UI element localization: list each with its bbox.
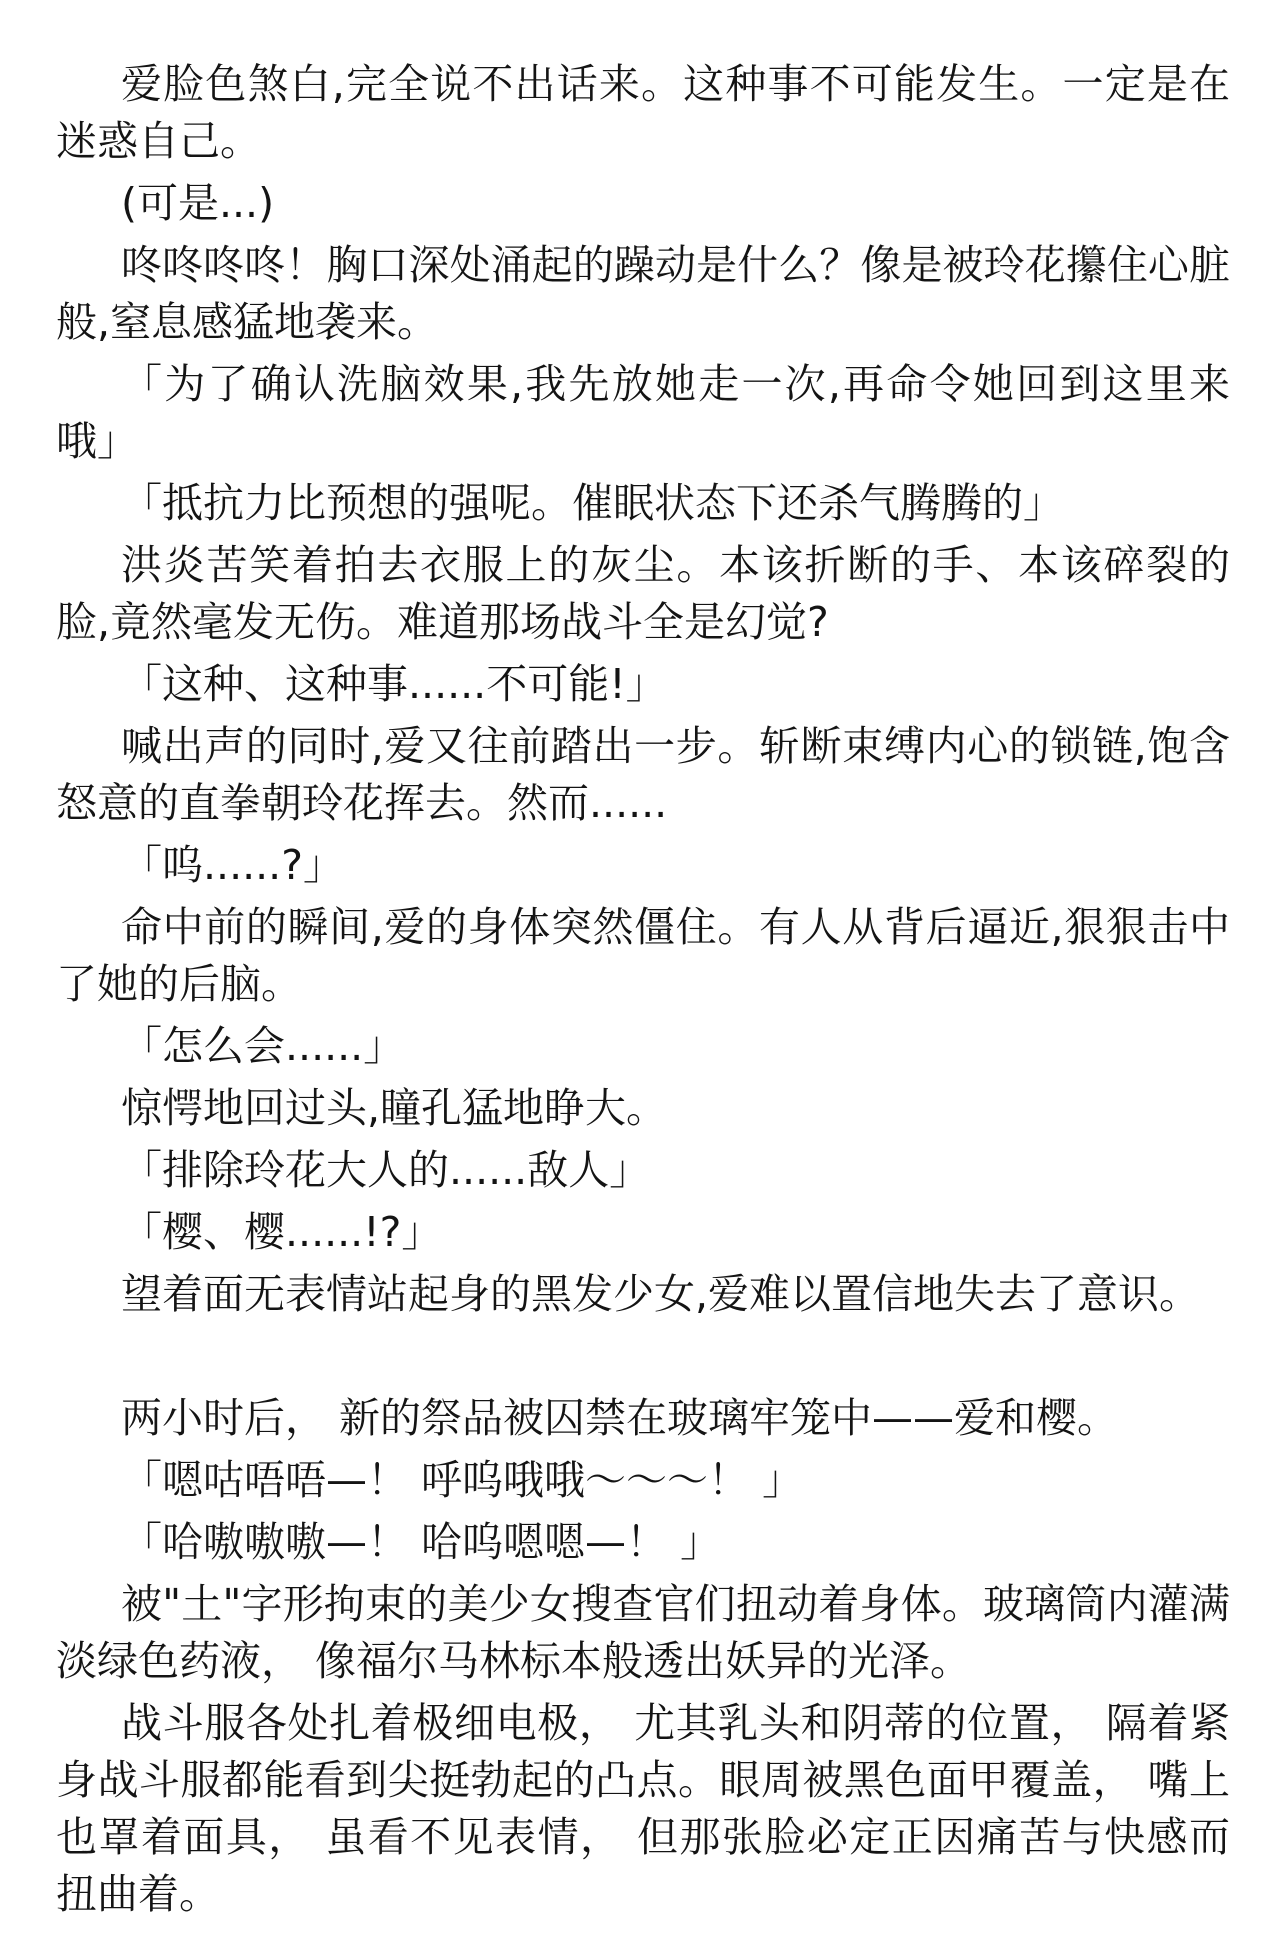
paragraph: 「樱、樱......!?」	[56, 1204, 1230, 1261]
document-body: 爱脸色煞白,完全说不出话来。这种事不可能发生。一定是在迷惑自己。(可是...)咚…	[56, 56, 1230, 1923]
paragraph: 「呜......?」	[56, 837, 1230, 894]
paragraph: 爱脸色煞白,完全说不出话来。这种事不可能发生。一定是在迷惑自己。	[56, 56, 1230, 170]
paragraph: 被"土"字形拘束的美少女搜查官们扭动着身体。玻璃筒内灌满淡绿色药液， 像福尔马林…	[56, 1576, 1230, 1690]
paragraph: 「排除玲花大人的......敌人」	[56, 1142, 1230, 1199]
paragraph: 战斗服各处扎着极细电极， 尤其乳头和阴蒂的位置， 隔着紧身战斗服都能看到尖挺勃起…	[56, 1695, 1230, 1923]
paragraph: 两小时后， 新的祭品被囚禁在玻璃牢笼中——爱和樱。	[56, 1390, 1230, 1447]
paragraph: 「为了确认洗脑效果,我先放她走一次,再命令她回到这里来哦」	[56, 356, 1230, 470]
paragraph: 「抵抗力比预想的强呢。催眠状态下还杀气腾腾的」	[56, 475, 1230, 532]
paragraph: 望着面无表情站起身的黑发少女,爱难以置信地失去了意识。	[56, 1266, 1230, 1323]
document-page: 爱脸色煞白,完全说不出话来。这种事不可能发生。一定是在迷惑自己。(可是...)咚…	[0, 0, 1280, 1947]
paragraph: 「怎么会......」	[56, 1018, 1230, 1075]
paragraph	[56, 1328, 1230, 1385]
paragraph: (可是...)	[56, 175, 1230, 232]
paragraph: 「哈嗷嗷嗷—！ 哈呜嗯嗯—！ 」	[56, 1514, 1230, 1571]
paragraph: 命中前的瞬间,爱的身体突然僵住。有人从背后逼近,狠狠击中了她的后脑。	[56, 899, 1230, 1013]
paragraph: 洪炎苦笑着拍去衣服上的灰尘。本该折断的手、本该碎裂的脸,竟然毫发无伤。难道那场战…	[56, 537, 1230, 651]
paragraph: 「这种、这种事......不可能!」	[56, 656, 1230, 713]
paragraph: 喊出声的同时,爱又往前踏出一步。斩断束缚内心的锁链,饱含怒意的直拳朝玲花挥去。然…	[56, 718, 1230, 832]
paragraph: 惊愕地回过头,瞳孔猛地睁大。	[56, 1080, 1230, 1137]
paragraph: 「嗯咕唔唔—！ 呼呜哦哦～～～！ 」	[56, 1452, 1230, 1509]
paragraph: 咚咚咚咚！胸口深处涌起的躁动是什么？像是被玲花攥住心脏般,窒息感猛地袭来。	[56, 237, 1230, 351]
